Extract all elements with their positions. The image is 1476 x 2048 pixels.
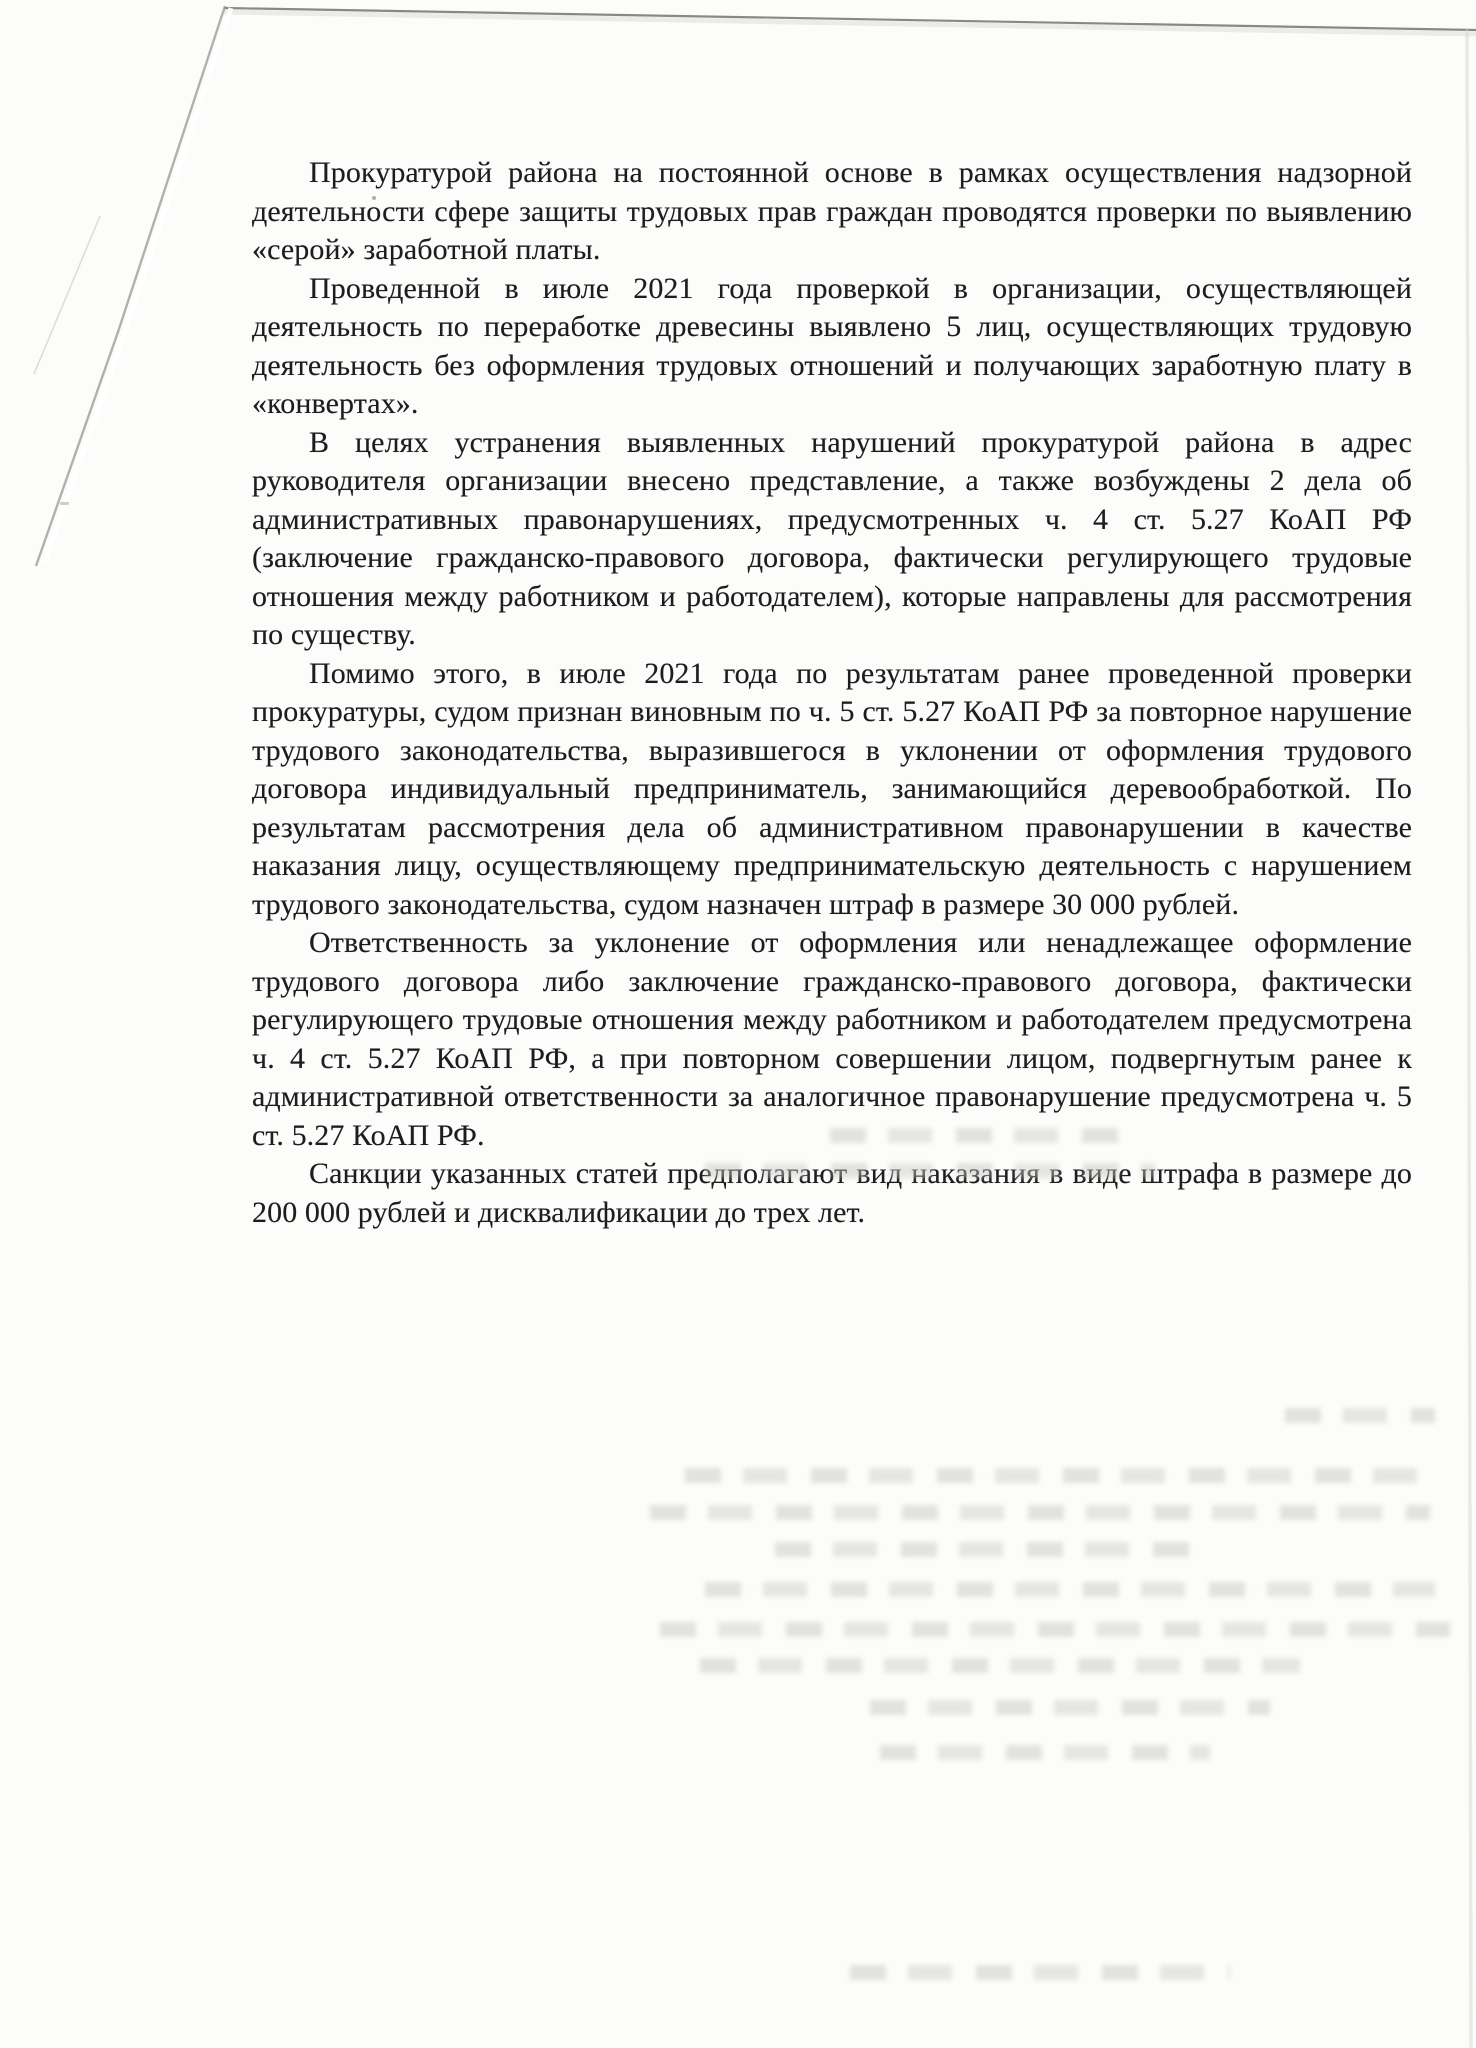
bleed-through-artifact — [880, 1745, 1210, 1760]
bleed-through-artifact — [650, 1505, 1430, 1520]
paragraph-4: Помимо этого, в июле 2021 года по резуль… — [252, 655, 1412, 925]
bleed-through-artifact — [870, 1700, 1270, 1715]
paragraph-2: Проведенной в июле 2021 года проверкой в… — [252, 270, 1412, 424]
scanned-page: Прокуратурой района на постоянной основе… — [0, 0, 1476, 2048]
document-body: Прокуратурой района на постоянной основе… — [252, 154, 1412, 1232]
page-top-edge-shadow — [224, 12, 1476, 34]
bleed-through-artifact — [1285, 1408, 1435, 1423]
bleed-through-artifact — [775, 1542, 1195, 1557]
bleed-through-artifact — [700, 1658, 1300, 1673]
paragraph-1: Прокуратурой района на постоянной основе… — [252, 154, 1412, 270]
secondary-crease — [34, 216, 100, 374]
corner-fold-crease — [36, 6, 225, 566]
paragraph-6: Санкции указанных статей предполагают ви… — [252, 1155, 1412, 1232]
paragraph-5: Ответственность за уклонение от оформлен… — [252, 924, 1412, 1155]
scan-speck — [60, 502, 69, 505]
page-right-edge — [1467, 28, 1471, 2048]
bleed-through-artifact — [705, 1582, 1435, 1597]
bleed-through-artifact — [850, 1965, 1230, 1980]
corner-fold-highlight — [45, 8, 231, 562]
bleed-through-artifact — [685, 1468, 1425, 1483]
bleed-through-artifact — [660, 1622, 1450, 1637]
page-top-edge-line — [224, 8, 1476, 30]
paragraph-3: В целях устранения выявленных нарушений … — [252, 424, 1412, 655]
